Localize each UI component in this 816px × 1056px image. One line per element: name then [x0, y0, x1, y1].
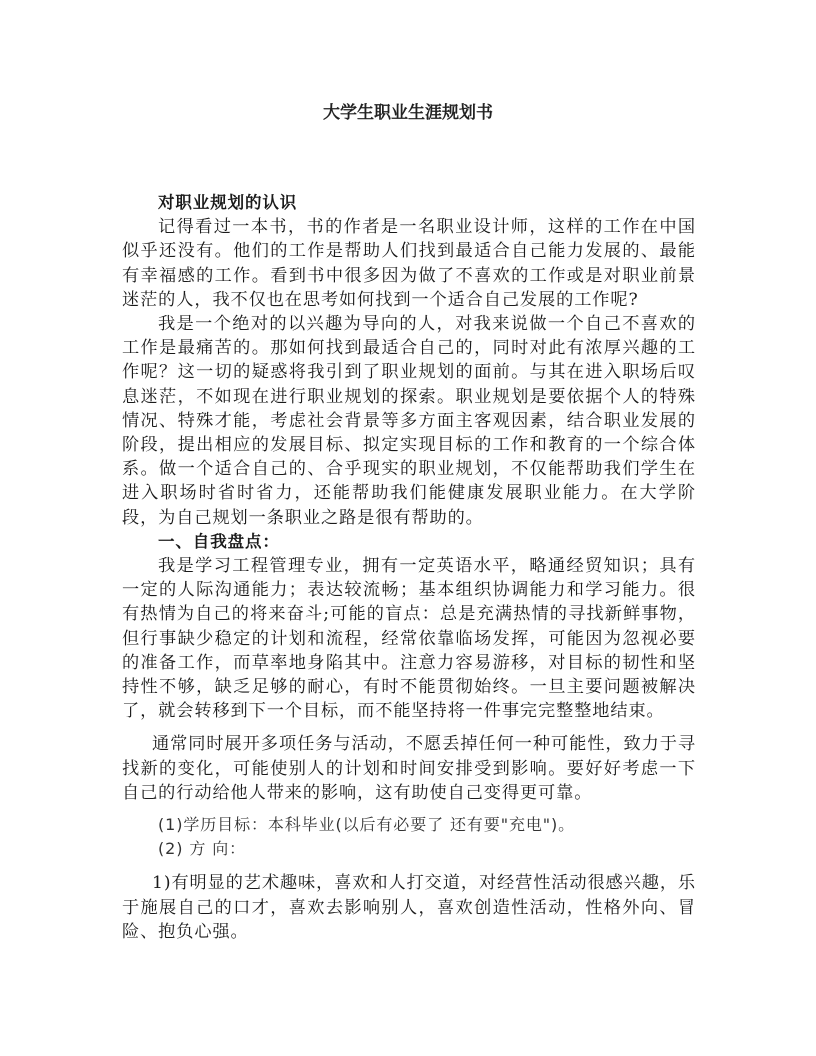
paragraph: 我是一个绝对的以兴趣为导向的人，对我来说做一个自己不喜欢的工作是最痛苦的。那如何… — [122, 312, 696, 530]
list-item-direction: (2) 方 向： — [122, 837, 696, 861]
section-heading-self-inventory: 一、自我盘点： — [122, 530, 696, 554]
paragraph: 通常同时展开多项任务与活动，不愿丢掉任何一种可能性，致力于寻找新的变化，可能使别… — [122, 732, 696, 805]
paragraph: 我是学习工程管理专业，拥有一定英语水平，略通经贸知识；具有一定的人际沟通能力；表… — [122, 554, 696, 723]
list-item-education-goal: (1)学历目标：本科毕业(以后有必要了 还有要"充电")。 — [122, 813, 696, 837]
section-heading-career-planning: 对职业规划的认识 — [122, 191, 696, 215]
document-page: 大学生职业生涯规划书 对职业规划的认识 记得看过一本书，书的作者是一名职业设计师… — [0, 0, 816, 1056]
paragraph: 记得看过一本书，书的作者是一名职业设计师，这样的工作在中国似乎还没有。他们的工作… — [122, 215, 696, 312]
document-body: 对职业规划的认识 记得看过一本书，书的作者是一名职业设计师，这样的工作在中国似乎… — [122, 191, 696, 944]
document-title: 大学生职业生涯规划书 — [0, 98, 816, 123]
sub-paragraph: 1)有明显的艺术趣味，喜欢和人打交道，对经营性活动很感兴趣，乐于施展自己的口才，… — [122, 871, 696, 944]
